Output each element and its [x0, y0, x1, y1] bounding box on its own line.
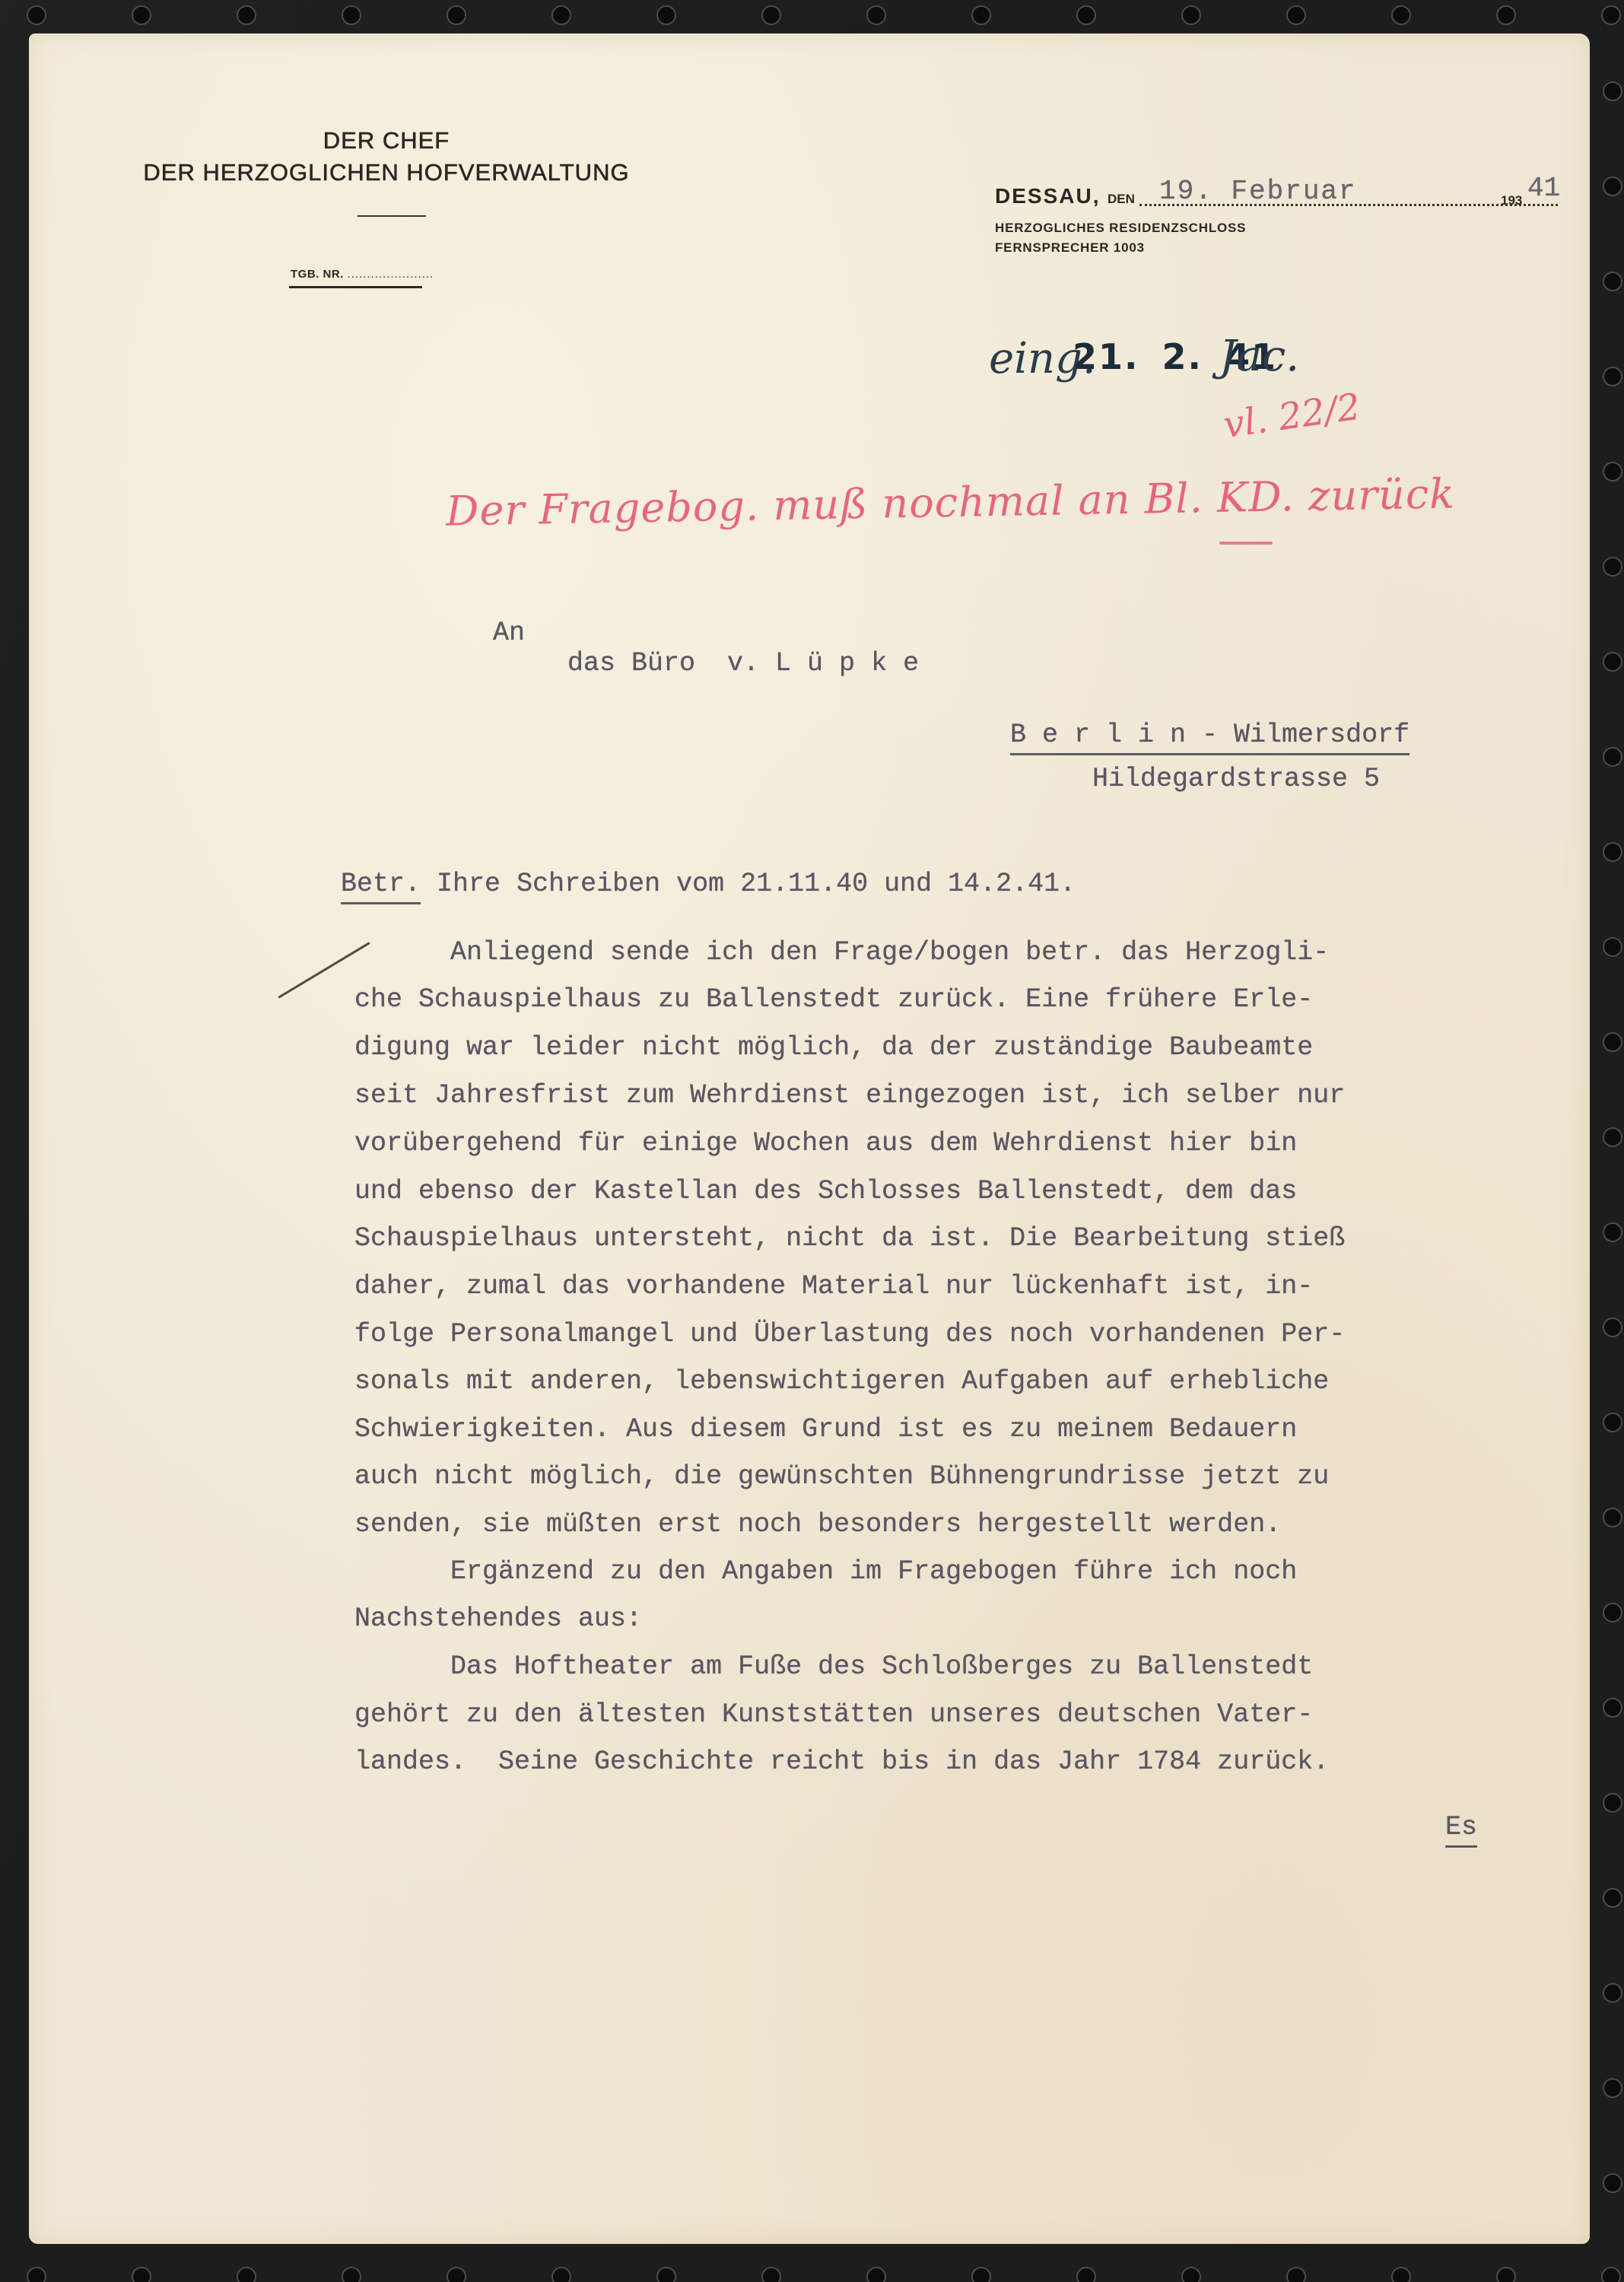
recipient-city: B e r l i n - Wilmersdorf: [1010, 720, 1409, 750]
binder-hole: [656, 2267, 676, 2282]
binder-hole: [447, 5, 466, 25]
binder-hole: [1603, 557, 1622, 577]
binder-hole: [1603, 842, 1622, 862]
body-line: gehört zu den ältesten Kunststätten unse…: [354, 1699, 1313, 1730]
year-prefix: 193: [1501, 193, 1522, 208]
binder-hole: [1391, 5, 1411, 25]
journal-number-field: TGB. NR. ......................: [291, 268, 434, 281]
recipient-to-label: An: [493, 618, 525, 648]
binder-hole: [971, 2267, 991, 2282]
body-line: sonals mit anderen, lebenswichtigeren Au…: [354, 1366, 1329, 1397]
binder-hole: [1603, 1983, 1622, 2003]
binder-hole: [1603, 1032, 1622, 1052]
binder-hole: [1603, 652, 1622, 672]
binder-hole: [132, 5, 151, 25]
binder-hole: [866, 5, 886, 25]
binder-hole: [1603, 1127, 1622, 1147]
body-line: Das Hoftheater am Fuße des Schloßberges …: [354, 1651, 1313, 1682]
body-line: vorübergehend für einige Wochen aus dem …: [354, 1128, 1297, 1158]
binder-hole: [1603, 1603, 1622, 1623]
typed-date: 19. Februar: [1159, 176, 1357, 207]
letterhead-organization: DER CHEF DER HERZOGLICHEN HOFVERWALTUNG: [120, 125, 653, 189]
binder-hole: [132, 2267, 151, 2282]
journal-number-blank: ......................: [348, 268, 434, 281]
catchword: Es: [1445, 1812, 1477, 1842]
received-initials: Jac.: [1219, 332, 1299, 381]
binder-hole: [27, 2267, 46, 2282]
body-line: und ebenso der Kastellan des Schlosses B…: [354, 1176, 1297, 1206]
red-pencil-underline: [1219, 542, 1273, 545]
binder-hole: [342, 5, 361, 25]
binder-hole: [656, 5, 676, 25]
binder-hole: [866, 2267, 886, 2282]
binder-hole: [1496, 2267, 1516, 2282]
body-line: folge Personalmangel und Überlastung des…: [354, 1319, 1345, 1349]
binder-hole: [551, 5, 571, 25]
binder-hole: [1603, 462, 1622, 482]
body-line: Ergänzend zu den Angaben im Fragebogen f…: [354, 1556, 1297, 1587]
binder-hole: [1603, 1222, 1622, 1242]
body-line: auch nicht möglich, die gewünschten Bühn…: [354, 1461, 1329, 1492]
binder-hole: [1603, 2173, 1622, 2193]
letterhead-address: HERZOGLICHES RESIDENZSCHLOSS: [995, 221, 1246, 236]
binder-hole: [1601, 2267, 1621, 2282]
binder-hole: [1603, 1413, 1622, 1432]
body-line: seit Jahresfrist zum Wehrdienst eingezog…: [354, 1080, 1345, 1111]
red-pencil-vl-note: vl. 22/2: [1221, 386, 1363, 447]
recipient-city-text: B e r l i n - Wilmersdorf: [1010, 720, 1409, 755]
binder-hole: [1603, 1508, 1622, 1527]
binder-hole: [1603, 1793, 1622, 1813]
letterhead-subtitle: DER HERZOGLICHEN HOFVERWALTUNG: [120, 157, 653, 189]
catchword-text: Es: [1445, 1812, 1477, 1848]
binder-hole: [971, 5, 991, 25]
binder-hole: [1076, 2267, 1096, 2282]
binder-hole: [551, 2267, 571, 2282]
binder-hole: [1496, 5, 1516, 25]
binder-hole: [1286, 2267, 1306, 2282]
body-line: Schauspielhaus untersteht, nicht da ist.…: [354, 1223, 1345, 1254]
body-line: senden, sie müßten erst noch besonders h…: [354, 1509, 1281, 1540]
typed-year: 41: [1527, 173, 1560, 204]
letter-page: DER CHEF DER HERZOGLICHEN HOFVERWALTUNG …: [29, 33, 1590, 2244]
binder-hole: [761, 5, 781, 25]
binder-hole: [1601, 5, 1621, 25]
binder-hole: [1603, 367, 1622, 386]
binder-hole: [27, 5, 46, 25]
binder-hole: [761, 2267, 781, 2282]
binder-hole: [1603, 937, 1622, 957]
binder-hole: [342, 2267, 361, 2282]
binder-hole: [1603, 1317, 1622, 1337]
binder-hole: [1603, 1888, 1622, 1908]
letterhead-city: DESSAU,: [995, 184, 1100, 208]
body-line: landes. Seine Geschichte reicht bis in d…: [354, 1746, 1329, 1777]
binder-hole: [1391, 2267, 1411, 2282]
binder-hole: [1603, 747, 1622, 767]
body-line: daher, zumal das vorhandene Material nur…: [354, 1271, 1313, 1302]
binder-hole: [1603, 176, 1622, 196]
body-line: Nachstehendes aus:: [354, 1603, 642, 1634]
binder-hole: [1181, 2267, 1201, 2282]
letterhead-title: DER CHEF: [120, 125, 653, 157]
recipient-street: Hildegardstrasse 5: [1092, 764, 1380, 794]
subject-text: Ihre Schreiben vom 21.11.40 und 14.2.41.: [437, 869, 1076, 899]
body-line: che Schauspielhaus zu Ballenstedt zurück…: [354, 984, 1313, 1015]
binder-hole: [1181, 5, 1201, 25]
binder-hole: [1603, 1698, 1622, 1718]
subject-label: Betr.: [341, 869, 421, 904]
body-line: digung war leider nicht möglich, da der …: [354, 1032, 1313, 1063]
binder-hole: [1076, 5, 1096, 25]
journal-number-underline: [289, 286, 422, 288]
binder-hole: [447, 2267, 466, 2282]
red-pencil-instruction: Der Fragebog. muß nochmal an Bl. KD. zur…: [446, 469, 1456, 535]
body-line: Anliegend sende ich den Frage/bogen betr…: [354, 937, 1329, 968]
subject-line: Betr. Ihre Schreiben vom 21.11.40 und 14…: [341, 869, 1076, 899]
date-label: DEN: [1108, 192, 1135, 207]
binder-hole: [1286, 5, 1306, 25]
letterhead-phone: FERNSPRECHER 1003: [995, 240, 1145, 256]
binder-hole: [1603, 81, 1622, 101]
binder-hole: [237, 5, 256, 25]
binder-hole: [237, 2267, 256, 2282]
binder-hole: [1603, 272, 1622, 291]
letterhead-divider: [358, 215, 426, 217]
recipient-name: das Büro v. L ü p k e: [567, 648, 919, 679]
journal-number-label: TGB. NR.: [291, 268, 344, 281]
binder-hole: [1603, 2078, 1622, 2098]
body-line: Schwierigkeiten. Aus diesem Grund ist es…: [354, 1414, 1297, 1445]
